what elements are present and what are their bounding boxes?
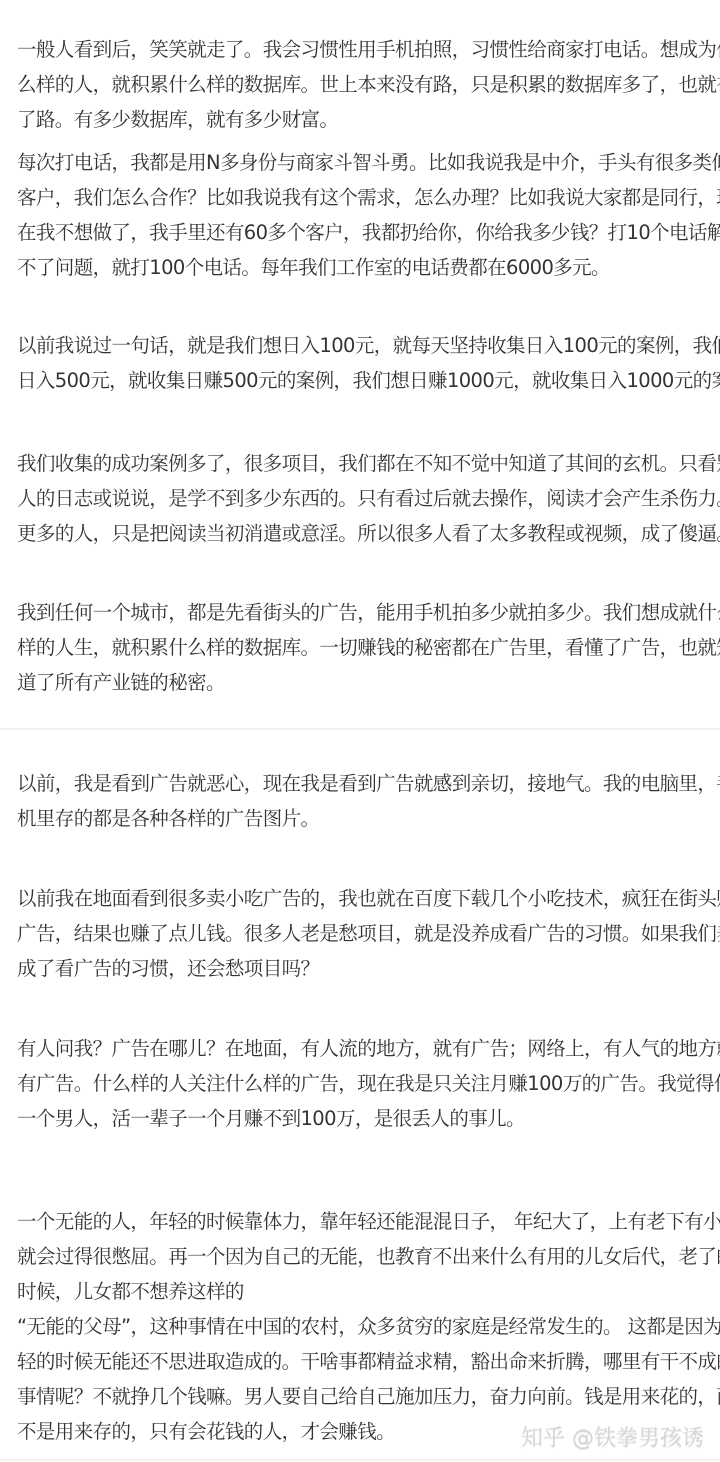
text-line: 以前我说过一句话，就是我们想日入100元，就每天坚持收集日入100元的案例，我们… xyxy=(17,328,707,363)
text-line: 以前我在地面看到很多卖小吃广告的，我也就在百度下载几个小吃技术，疯狂在街头贴 xyxy=(17,881,707,916)
paragraph-6: 以前，我是看到广告就恶心，现在我是看到广告就感到亲切，接地气。我的电脑里，手 机… xyxy=(17,766,707,836)
paragraph-3: 以前我说过一句话，就是我们想日入100元，就每天坚持收集日入100元的案例，我们… xyxy=(17,328,707,398)
text-line: 我到任何一个城市，都是先看街头的广告，能用手机拍多少就拍多少。我们想成就什么 xyxy=(17,595,707,630)
text-line: 一般人看到后，笑笑就走了。我会习惯性用手机拍照，习惯性给商家打电话。想成为什 xyxy=(17,32,707,67)
bottom-divider xyxy=(0,1459,720,1461)
text-line: 人的日志或说说，是学不到多少东西的。只有看过后就去操作，阅读才会产生杀伤力。 xyxy=(17,481,707,516)
text-line: 机里存的都是各种各样的广告图片。 xyxy=(17,801,707,836)
text-line: 有人问我？广告在哪儿？在地面，有人流的地方，就有广告；网络上，有人气的地方就 xyxy=(17,1031,707,1066)
text-line: 更多的人，只是把阅读当初消遣或意淫。所以很多人看了太多教程或视频，成了傻逼。 xyxy=(17,516,707,551)
text-line: 就会过得很憋屈。再一个因为自己的无能，也教育不出来什么有用的儿女后代，老了的 xyxy=(17,1239,707,1274)
text-line: 一个男人，活一辈子一个月赚不到100万，是很丢人的事儿。 xyxy=(17,1101,707,1136)
text-line: 我们收集的成功案例多了，很多项目，我们都在不知不觉中知道了其间的玄机。只看别 xyxy=(17,446,707,481)
section-divider xyxy=(0,728,720,730)
text-line: 么样的人，就积累什么样的数据库。世上本来没有路，只是积累的数据库多了，也就有 xyxy=(17,67,707,102)
paragraph-5: 我到任何一个城市，都是先看街头的广告，能用手机拍多少就拍多少。我们想成就什么 样… xyxy=(17,595,707,700)
text-line: 轻的时候无能还不思进取造成的。干啥事都精益求精，豁出命来折腾，哪里有干不成的 xyxy=(17,1344,707,1379)
text-line: “无能的父母”，这种事情在中国的农村，众多贫穷的家庭是经常发生的。 这都是因为年 xyxy=(17,1309,707,1344)
text-line: 样的人生，就积累什么样的数据库。一切赚钱的秘密都在广告里，看懂了广告，也就知 xyxy=(17,630,707,665)
paragraph-1: 一般人看到后，笑笑就走了。我会习惯性用手机拍照，习惯性给商家打电话。想成为什 么… xyxy=(17,32,707,137)
paragraph-8: 有人问我？广告在哪儿？在地面，有人流的地方，就有广告；网络上，有人气的地方就 有… xyxy=(17,1031,707,1136)
paragraph-4: 我们收集的成功案例多了，很多项目，我们都在不知不觉中知道了其间的玄机。只看别 人… xyxy=(17,446,707,551)
paragraph-7: 以前我在地面看到很多卖小吃广告的，我也就在百度下载几个小吃技术，疯狂在街头贴 广… xyxy=(17,881,707,986)
text-line: 有广告。什么样的人关注什么样的广告，现在我是只关注月赚100万的广告。我觉得作为 xyxy=(17,1066,707,1101)
text-line: 了路。有多少数据库，就有多少财富。 xyxy=(17,102,707,137)
zhihu-watermark: 知乎 @铁拳男孩诱 xyxy=(521,1421,704,1452)
text-line: 以前，我是看到广告就恶心，现在我是看到广告就感到亲切，接地气。我的电脑里，手 xyxy=(17,766,707,801)
text-line: 每次打电话，我都是用N多身份与商家斗智斗勇。比如我说我是中介，手头有很多类似的 xyxy=(17,145,707,180)
text-line: 道了所有产业链的秘密。 xyxy=(17,665,707,700)
text-line: 不了问题，就打100个电话。每年我们工作室的电话费都在6000多元。 xyxy=(17,250,707,285)
paragraph-2: 每次打电话，我都是用N多身份与商家斗智斗勇。比如我说我是中介，手头有很多类似的 … xyxy=(17,145,707,285)
text-line: 日入500元，就收集日赚500元的案例，我们想日赚1000元，就收集日入1000… xyxy=(17,363,707,398)
text-line: 一个无能的人，年轻的时候靠体力，靠年轻还能混混日子， 年纪大了，上有老下有小， xyxy=(17,1204,707,1239)
text-line: 客户，我们怎么合作？比如我说我有这个需求，怎么办理？比如我说大家都是同行，现 xyxy=(17,180,707,215)
text-line: 广告，结果也赚了点儿钱。很多人老是愁项目，就是没养成看广告的习惯。如果我们养 xyxy=(17,916,707,951)
paragraph-9: 一个无能的人，年轻的时候靠体力，靠年轻还能混混日子， 年纪大了，上有老下有小， … xyxy=(17,1204,707,1449)
text-line: 事情呢？不就挣几个钱嘛。男人要自己给自己施加压力，奋力向前。钱是用来花的，而 xyxy=(17,1379,707,1414)
text-line: 成了看广告的习惯，还会愁项目吗？ xyxy=(17,951,707,986)
text-line: 时候，儿女都不想养这样的 xyxy=(17,1274,707,1309)
text-line: 在我不想做了，我手里还有60多个客户，我都扔给你，你给我多少钱？打10个电话解决 xyxy=(17,215,707,250)
